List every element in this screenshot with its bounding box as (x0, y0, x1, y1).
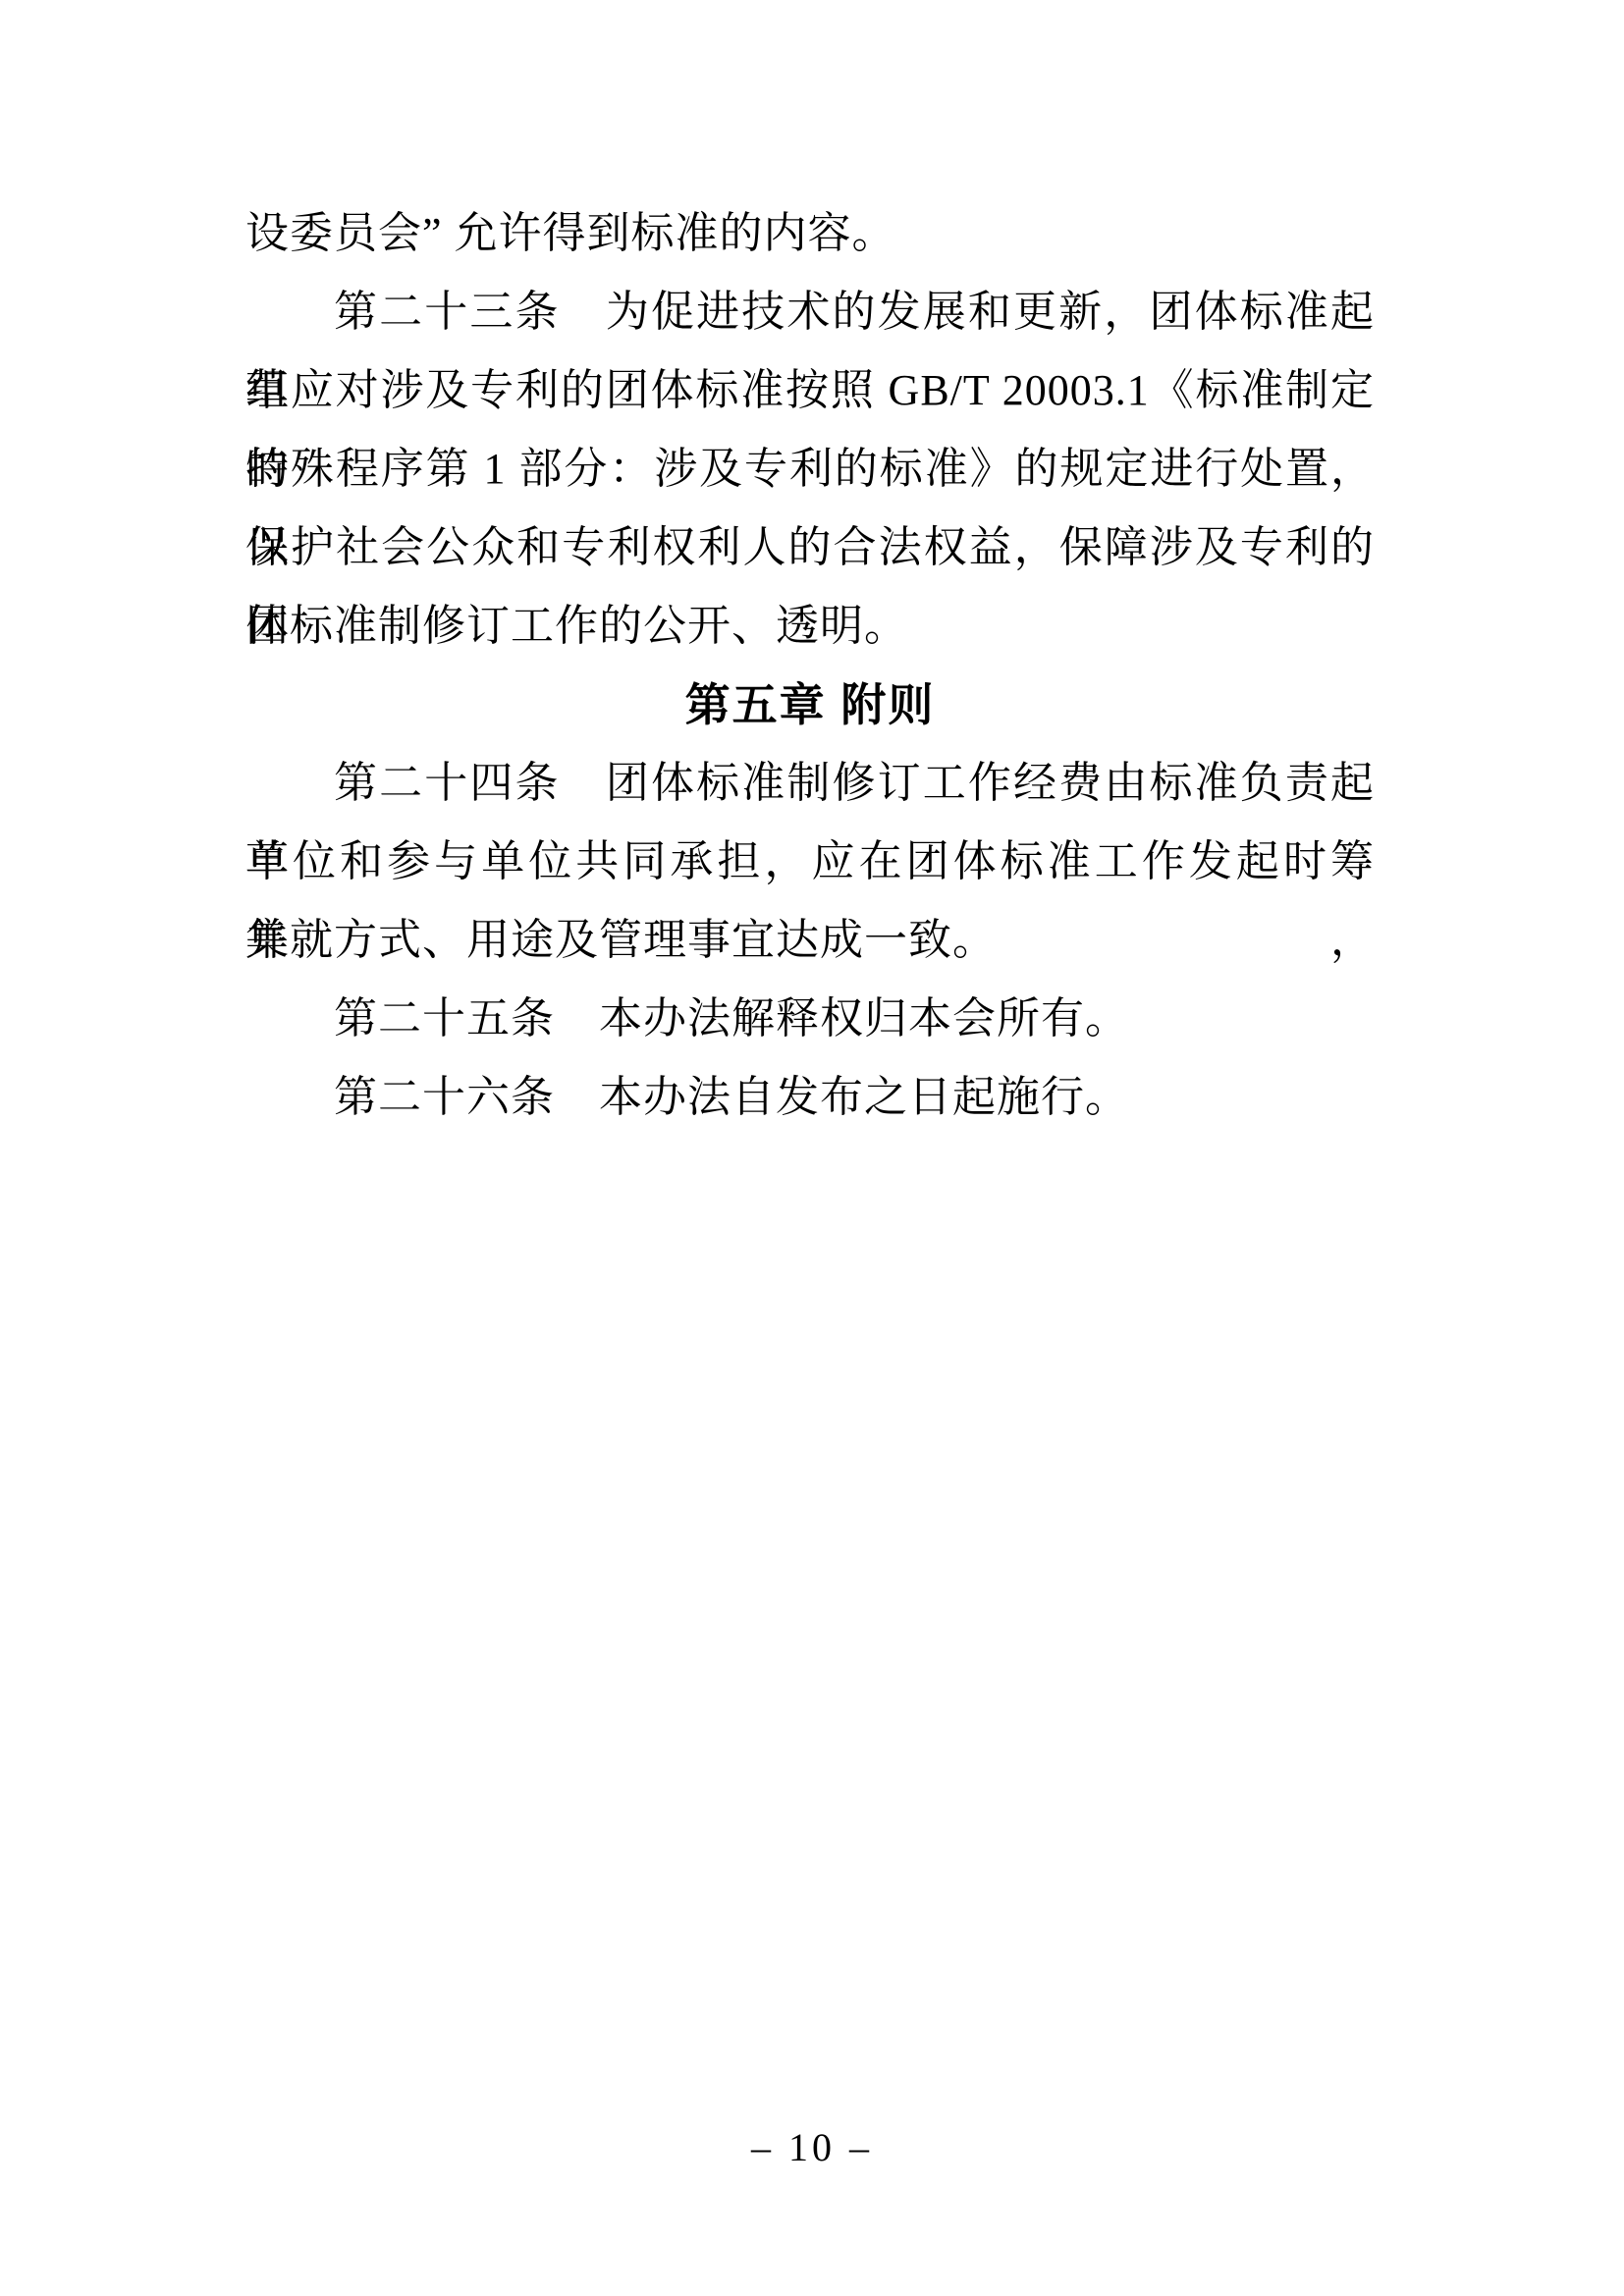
body-line: 保护社会公众和专利权利人的合法权益，保障涉及专利的团 (245, 508, 1375, 587)
body-line: 特殊程序第 1 部分：涉及专利的标准》的规定进行处置，以 (245, 430, 1375, 508)
body-line: 第二十三条 为促进技术的发展和更新，团体标准起草 (245, 273, 1375, 351)
body-line: 第二十五条 本办法解释权归本会所有。 (245, 980, 1375, 1058)
body-line: 组应对涉及专利的团体标准按照 GB/T 20003.1《标准制定的 (245, 351, 1375, 430)
text-block: 设委员会” 允许得到标准的内容。 第二十三条 为促进技术的发展和更新，团体标准起… (245, 194, 1375, 1137)
body-line: 第二十四条 团体标准制修订工作经费由标准负责起草 (245, 744, 1375, 823)
page-number: – 10 – (0, 2120, 1624, 2175)
body-line: 设委员会” 允许得到标准的内容。 (245, 194, 1375, 273)
section-heading: 第五章 附则 (245, 666, 1375, 744)
document-page: 设委员会” 允许得到标准的内容。 第二十三条 为促进技术的发展和更新，团体标准起… (0, 0, 1624, 2296)
body-line: 第二十六条 本办法自发布之日起施行。 (245, 1058, 1375, 1137)
body-line: 单位和参与单位共同承担，应在团体标准工作发起时筹集， (245, 823, 1375, 901)
body-line: 体标准制修订工作的公开、透明。 (245, 587, 1375, 666)
